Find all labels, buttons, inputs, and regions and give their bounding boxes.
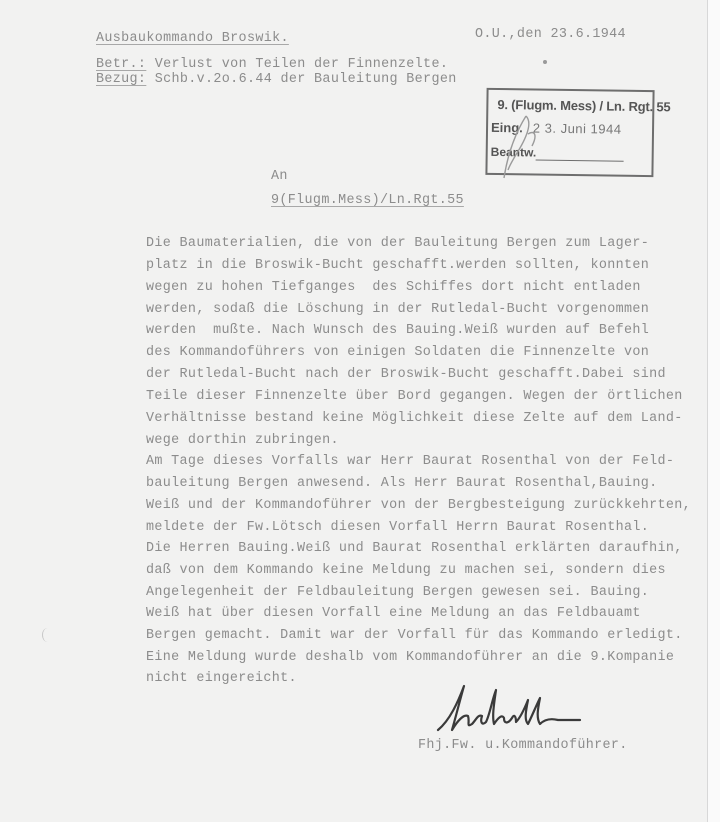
to-label: An <box>271 169 288 185</box>
stamp-answered-blank <box>536 160 624 162</box>
body-line: Eine Meldung wurde deshalb vom Kommandof… <box>146 650 674 666</box>
body-line: Die Herren Bauing.Weiß und Baurat Rosent… <box>146 541 683 557</box>
body-line: Teile dieser Finnenzelte über Bord gegan… <box>146 389 683 405</box>
body-line: bauleitung Bergen anwesend. Als Herr Bau… <box>146 476 658 492</box>
signature-icon <box>430 680 600 740</box>
body-line: nicht eingereicht. <box>146 671 297 687</box>
margin-mark <box>42 628 53 642</box>
body-line: werden mußte. Nach Wunsch des Bauing.Wei… <box>146 323 649 339</box>
body-line: des Kommandoführers von einigen Soldaten… <box>146 345 649 361</box>
ink-dot <box>543 60 547 64</box>
subject-line: Betr.: Verlust von Teilen der Finnenzelt… <box>96 57 448 73</box>
place-date: O.U.,den 23.6.1944 <box>475 27 626 43</box>
body-line: werden, sodaß die Löschung in der Rutled… <box>146 302 649 318</box>
subject-text: Verlust von Teilen der Finnenzelte. <box>146 57 448 72</box>
body-line: Angelegenheit der Feldbauleitung Bergen … <box>146 585 649 601</box>
sender-unit: Ausbaukommando Broswik. <box>96 31 289 47</box>
body-line: Bergen gemacht. Damit war der Vorfall fü… <box>146 628 683 644</box>
reference-line: Bezug: Schb.v.2o.6.44 der Bauleitung Ber… <box>96 72 457 88</box>
body-line: Verhältnisse bestand keine Möglichkeit d… <box>146 411 683 427</box>
document-page: Ausbaukommando Broswik. O.U.,den 23.6.19… <box>0 0 707 822</box>
reference-label: Bezug: <box>96 72 146 87</box>
scan-edge <box>707 0 720 822</box>
addressee: 9(Flugm.Mess)/Ln.Rgt.55 <box>271 193 464 209</box>
body-line: platz in die Broswik-Bucht geschafft.wer… <box>146 258 649 274</box>
body-line: der Rutledal-Bucht nach der Broswik-Buch… <box>146 367 666 383</box>
signer-title: Fhj.Fw. u.Kommandoführer. <box>418 738 628 754</box>
body-line: Am Tage dieses Vorfalls war Herr Baurat … <box>146 454 674 470</box>
subject-label: Betr.: <box>96 57 146 72</box>
body-line: meldete der Fw.Lötsch diesen Vorfall Her… <box>146 520 649 536</box>
body-line: wege dorthin zubringen. <box>146 433 339 449</box>
reference-text: Schb.v.2o.6.44 der Bauleitung Bergen <box>146 72 456 87</box>
body-line: daß von dem Kommando keine Meldung zu ma… <box>146 563 666 579</box>
initials-scribble-icon <box>498 112 548 182</box>
body-line: Die Baumaterialien, die von der Bauleitu… <box>146 236 649 252</box>
body-line: Weiß und der Kommandoführer von der Berg… <box>146 498 691 514</box>
body-line: Weiß hat über diesen Vorfall eine Meldun… <box>146 606 641 622</box>
body-line: wegen zu hohen Tiefganges des Schiffes d… <box>146 280 641 296</box>
